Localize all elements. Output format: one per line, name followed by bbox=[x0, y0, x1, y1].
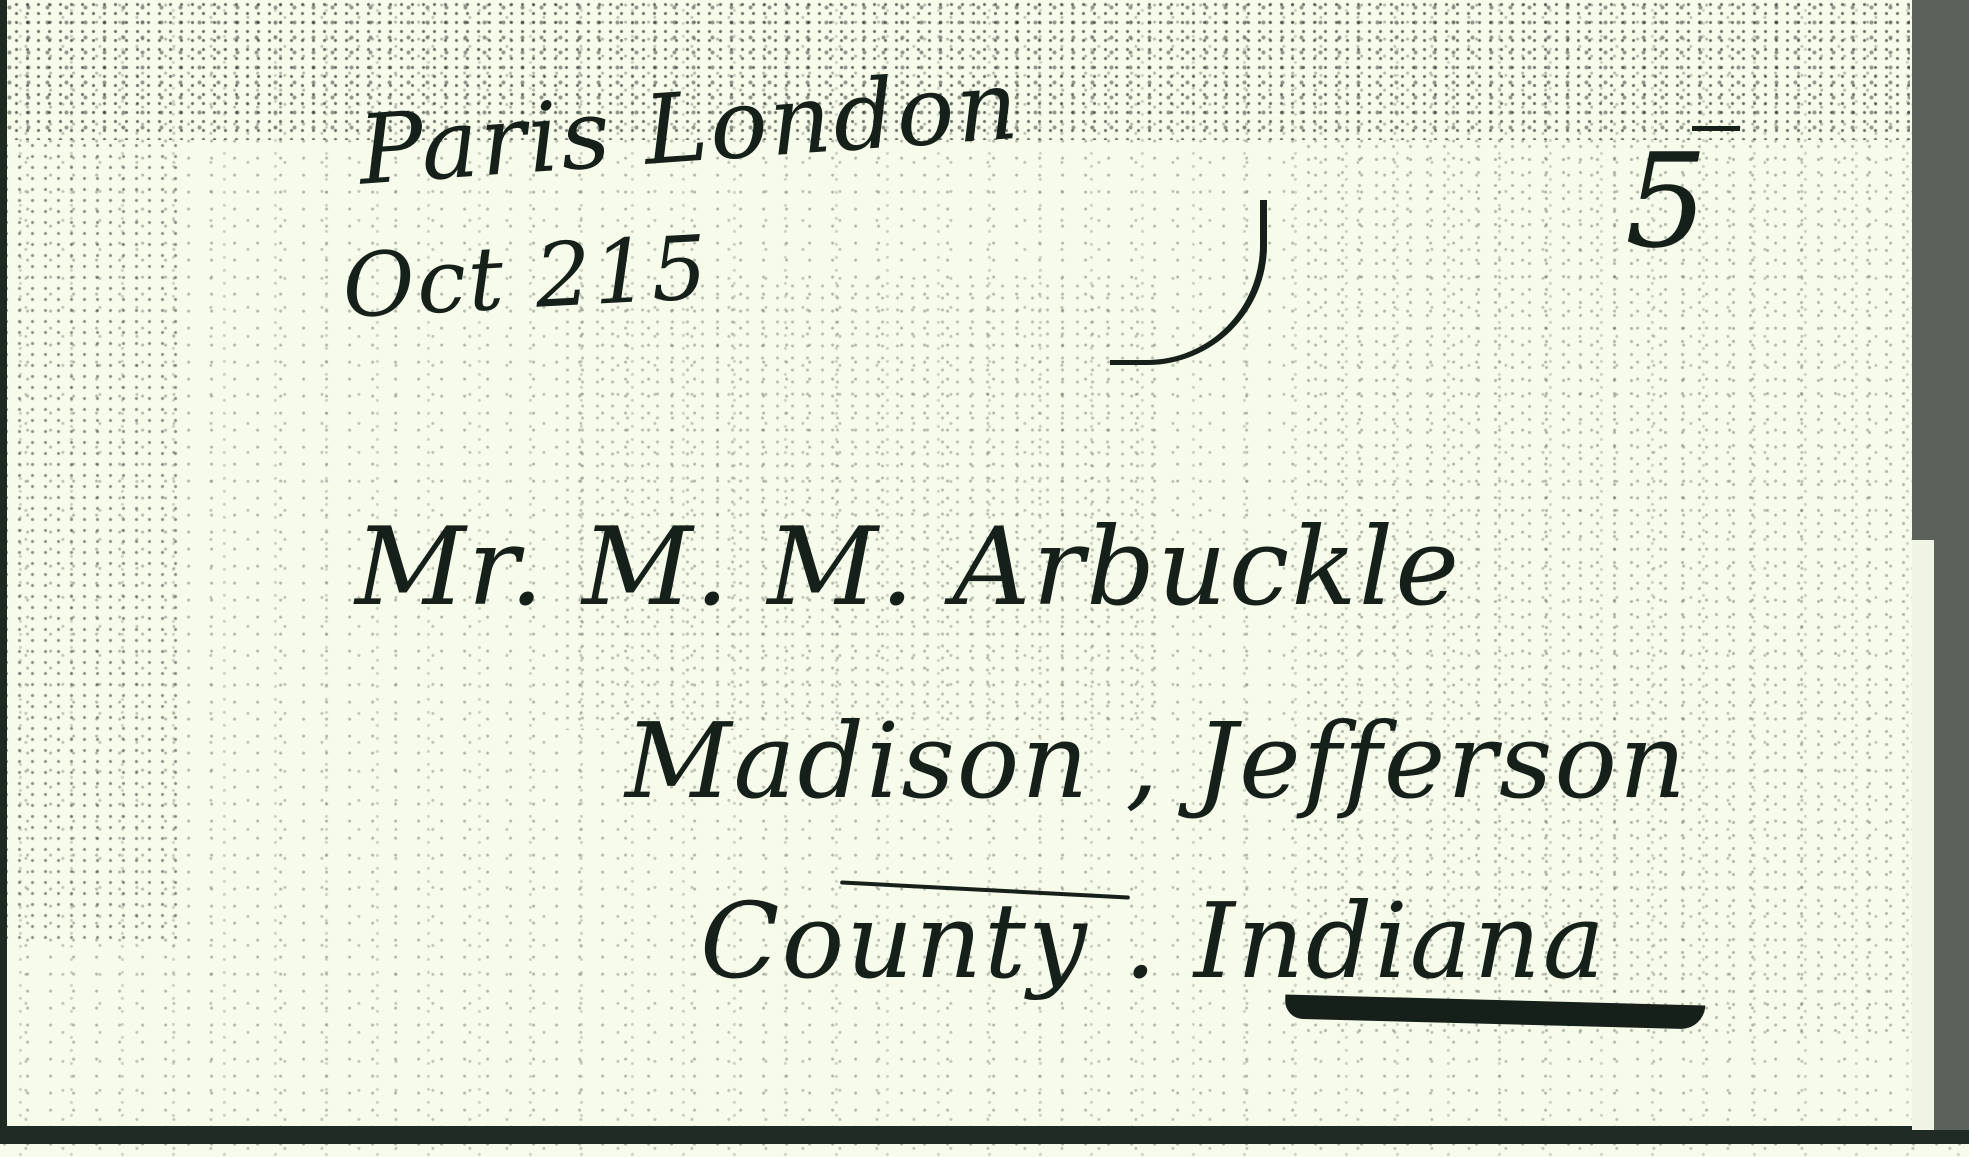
address-town: Madison , Jefferson bbox=[625, 700, 1688, 822]
postmark-date: Oct 215 bbox=[340, 216, 712, 338]
rate-dash bbox=[1692, 126, 1740, 131]
postage-rate: 5 bbox=[1625, 125, 1710, 277]
show-through-text-left bbox=[0, 140, 180, 940]
address-county-state: County . Indiana bbox=[700, 880, 1607, 1002]
scanned-letter-cover: Paris London Oct 215 5 Mr. M. M. Arbuckl… bbox=[0, 0, 1969, 1157]
right-paper-fold bbox=[1912, 540, 1934, 1130]
postmark-flourish bbox=[1110, 200, 1267, 365]
left-border-shadow bbox=[0, 0, 7, 1140]
address-recipient: Mr. M. M. Arbuckle bbox=[355, 505, 1461, 630]
bottom-border-shadow bbox=[0, 1126, 1969, 1144]
